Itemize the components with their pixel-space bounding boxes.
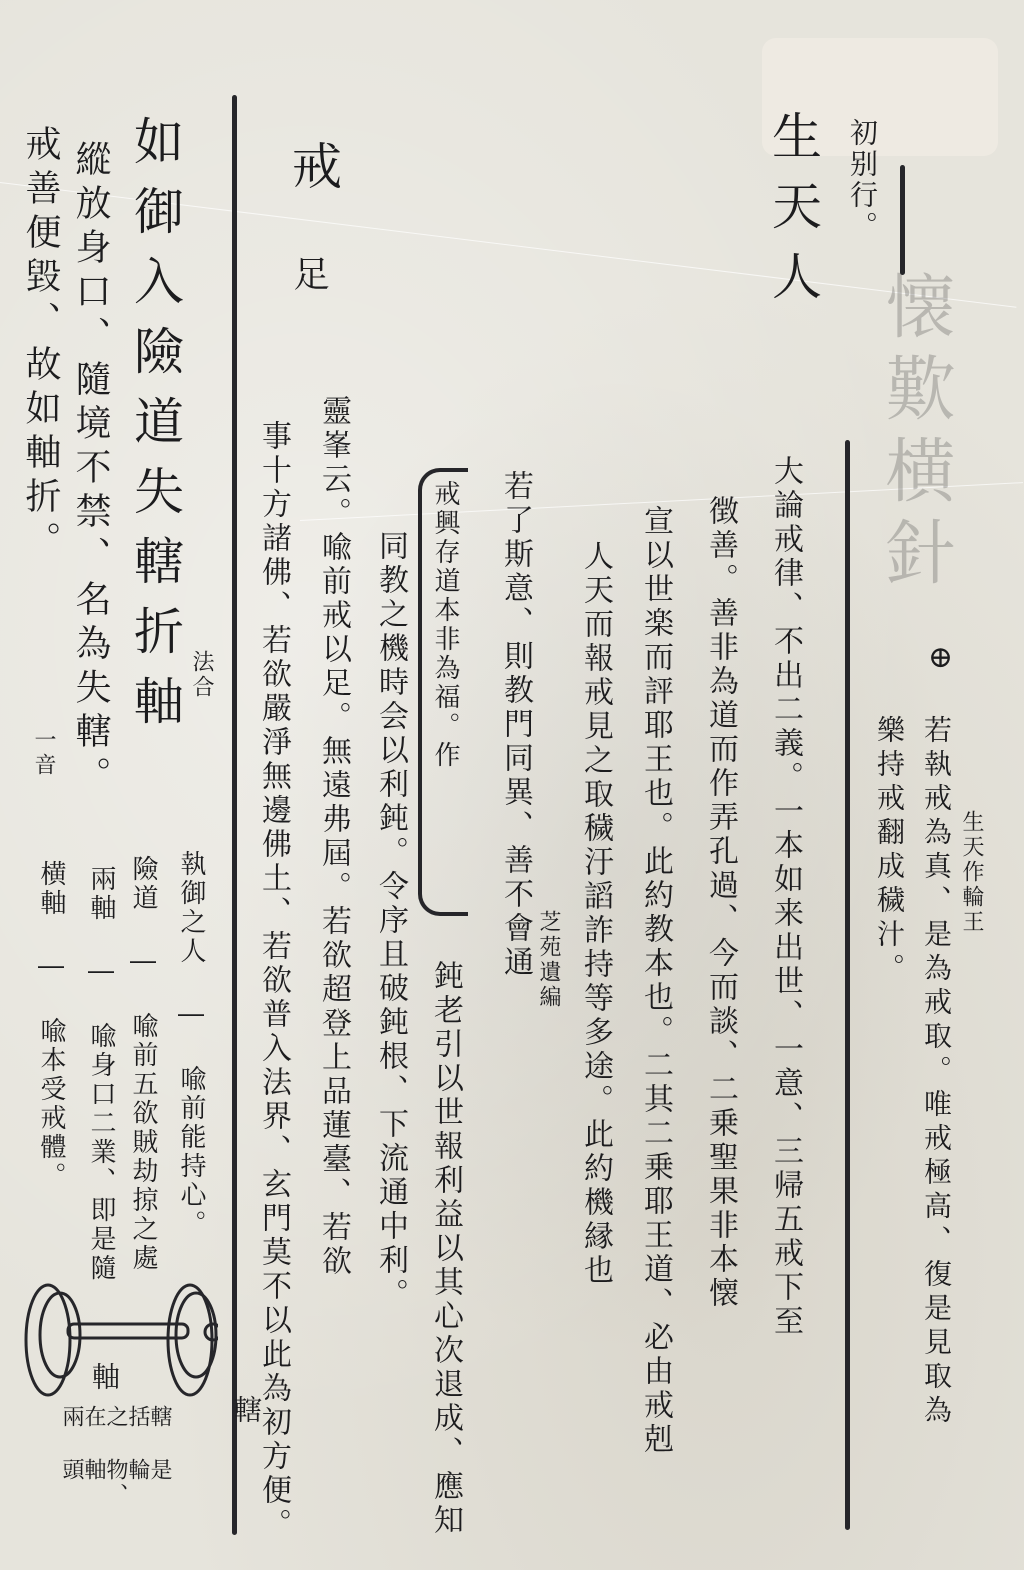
gloss-2: 險道 ― 喩前五欲賊劫掠之處 bbox=[130, 855, 156, 1273]
boxed-note: 戒興存道本非為福。作 bbox=[432, 480, 458, 770]
diagram-linchpin-note: 轄 是 括 輪 之 物、在 軸 兩 頭 bbox=[60, 1405, 170, 1515]
circle-mark: ⊕ bbox=[925, 640, 955, 679]
text-column-6: 鈍老引以世報利益以其心次退成、應知 bbox=[430, 960, 460, 1538]
section-title: 戒 bbox=[288, 140, 338, 210]
gloss-4: 横軸 ― 喩本受戒體。 bbox=[38, 860, 64, 1191]
source-note: 芝苑遺編 bbox=[537, 910, 559, 1010]
column-rule bbox=[232, 95, 237, 1535]
text-column-5: 若了斯意、則教門同異、善不會通 bbox=[500, 470, 530, 980]
diagram-label-axle: 軸 bbox=[90, 1362, 118, 1393]
reading-note: 一音 bbox=[32, 728, 54, 778]
bracket-note-second: 樂持戒翻成穢汁。 bbox=[875, 715, 903, 987]
side-note: 初别行。 bbox=[848, 118, 876, 242]
text-column-2: 徴善。善非為道而作弄孔過、今而談、二乗聖果非本懐 bbox=[705, 495, 735, 1311]
column-rule bbox=[900, 165, 905, 275]
column-rule bbox=[845, 440, 850, 1530]
gloss-1: 執御之人 ― 喩前能持心。 bbox=[178, 850, 204, 1239]
text-column-1: 大論戒律、不出二義。一本如来出世、一意、三帰五戒下至 bbox=[770, 455, 800, 1339]
bracket-note-inline: 生天作輪王 bbox=[960, 810, 982, 935]
section-subtitle: 足 bbox=[290, 255, 326, 299]
commentary-left-1: 縱放身口、隨境不禁、名為失轄。 bbox=[72, 140, 108, 800]
commentary-column-2: 事十方諸佛、若欲嚴淨無邊佛土、若欲普入法界、玄門莫不以此為初方便。 bbox=[258, 420, 288, 1542]
commentary-left-2: 戒善便毀、故如軸折。 bbox=[22, 125, 58, 565]
text-column-3: 宣以世楽而評耶王也。此約教本也。二其二乗耶王道、必由戒剋 bbox=[640, 505, 670, 1457]
ghost-watermark: 懐歎横針 bbox=[880, 270, 950, 598]
main-simile: 如御入險道失轄折軸 bbox=[130, 115, 180, 745]
commentary-column-1: 靈峯云。喩前戒以足。無遠弗屆。若欲超登上品蓮臺、若欲 bbox=[318, 395, 348, 1279]
main-heading: 生天人 bbox=[768, 110, 818, 320]
inline-note: 法合 bbox=[190, 650, 212, 700]
bracket-note-main: 若執戒為真、是為戒取。唯戒極高、復是見取為 bbox=[922, 715, 950, 1429]
gloss-3: 兩軸 ― 喩身口二業、即是隨 bbox=[88, 865, 114, 1283]
text-column-7: 同教之機時会以利鈍。令序且破鈍根、下流通中利。 bbox=[375, 530, 405, 1312]
diagram-label-linchpin: 轄 bbox=[232, 1395, 260, 1426]
text-column-4: 人天而報戒見之取穢汙謟詐持等多途。此約機縁也 bbox=[580, 540, 610, 1288]
